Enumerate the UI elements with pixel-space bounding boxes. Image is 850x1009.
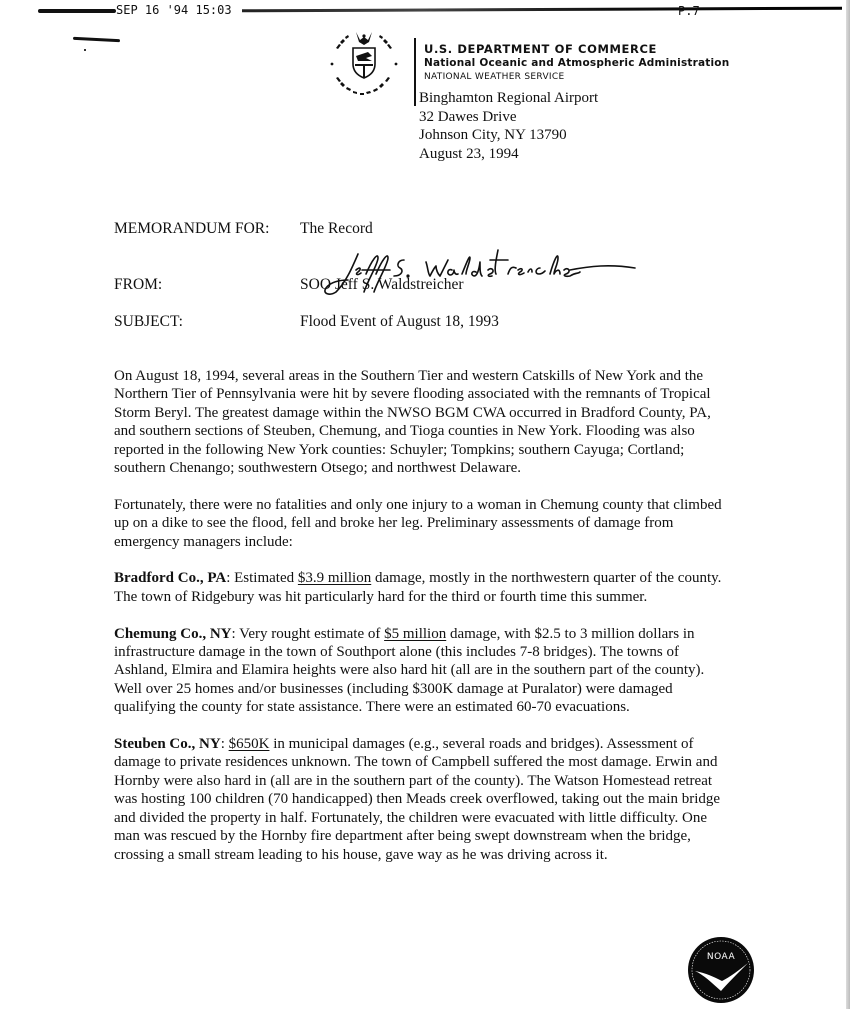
memo-for-value: The Record bbox=[300, 220, 373, 238]
county-heading: Bradford Co., PA bbox=[114, 570, 226, 586]
damage-amount: $3.9 million bbox=[298, 570, 371, 586]
memo-body: On August 18, 1994, several areas in the… bbox=[114, 367, 734, 882]
memo-from-label: FROM: bbox=[114, 276, 162, 294]
county-paragraph-chemung: Chemung Co., NY: Very rought estimate of… bbox=[114, 625, 734, 717]
county-lead: : bbox=[221, 736, 229, 752]
county-lead: : Estimated bbox=[226, 570, 298, 586]
sender-address: Binghamton Regional Airport 32 Dawes Dri… bbox=[419, 89, 598, 163]
address-line: 32 Dawes Drive bbox=[419, 108, 598, 127]
letterhead-divider bbox=[414, 38, 416, 106]
scan-mark bbox=[73, 37, 120, 42]
scan-dot bbox=[84, 49, 86, 51]
fax-rule-right bbox=[242, 7, 842, 13]
damage-amount: $650K bbox=[229, 736, 270, 752]
county-lead: : Very rought estimate of bbox=[232, 626, 385, 642]
department-name: U.S. DEPARTMENT OF COMMERCE bbox=[424, 43, 657, 56]
document-page: SEP 16 '94 15:03 P.7 U.S. DEPARTMENT OF … bbox=[0, 0, 850, 1009]
damage-amount: $5 million bbox=[384, 626, 446, 642]
county-paragraph-steuben: Steuben Co., NY: $650K in municipal dama… bbox=[114, 735, 734, 864]
fax-timestamp: SEP 16 '94 15:03 bbox=[116, 3, 232, 17]
address-line: Johnson City, NY 13790 bbox=[419, 126, 598, 145]
agency-name: National Oceanic and Atmospheric Adminis… bbox=[424, 57, 729, 70]
intro-paragraph: On August 18, 1994, several areas in the… bbox=[114, 367, 734, 477]
county-heading: Steuben Co., NY bbox=[114, 736, 221, 752]
from-name: Jeff S. Waldstreicher bbox=[335, 276, 464, 293]
svg-text:NOAA: NOAA bbox=[707, 952, 736, 962]
memo-subject-label: SUBJECT: bbox=[114, 313, 183, 331]
injuries-paragraph: Fortunately, there were no fatalities an… bbox=[114, 496, 734, 551]
county-paragraph-bradford: Bradford Co., PA: Estimated $3.9 million… bbox=[114, 569, 734, 606]
memo-subject-value: Flood Event of August 18, 1993 bbox=[300, 313, 499, 331]
department-of-commerce-seal-icon bbox=[326, 26, 402, 102]
county-heading: Chemung Co., NY bbox=[114, 626, 232, 642]
memo-date: August 23, 1994 bbox=[419, 145, 598, 164]
fax-page-number: P.7 bbox=[678, 4, 700, 18]
from-title: SOO bbox=[300, 276, 331, 293]
county-details: in municipal damages (e.g., several road… bbox=[114, 736, 720, 862]
fax-rule-left bbox=[38, 9, 116, 13]
memo-for-label: MEMORANDUM FOR: bbox=[114, 220, 269, 238]
address-line: Binghamton Regional Airport bbox=[419, 89, 598, 108]
scan-edge bbox=[846, 0, 850, 1009]
fax-header: SEP 16 '94 15:03 P.7 bbox=[0, 0, 850, 22]
noaa-logo-icon: NOAA bbox=[686, 935, 756, 1005]
memo-from-value: SOO Jeff S. Waldstreicher bbox=[300, 276, 464, 294]
service-name: NATIONAL WEATHER SERVICE bbox=[424, 72, 564, 83]
